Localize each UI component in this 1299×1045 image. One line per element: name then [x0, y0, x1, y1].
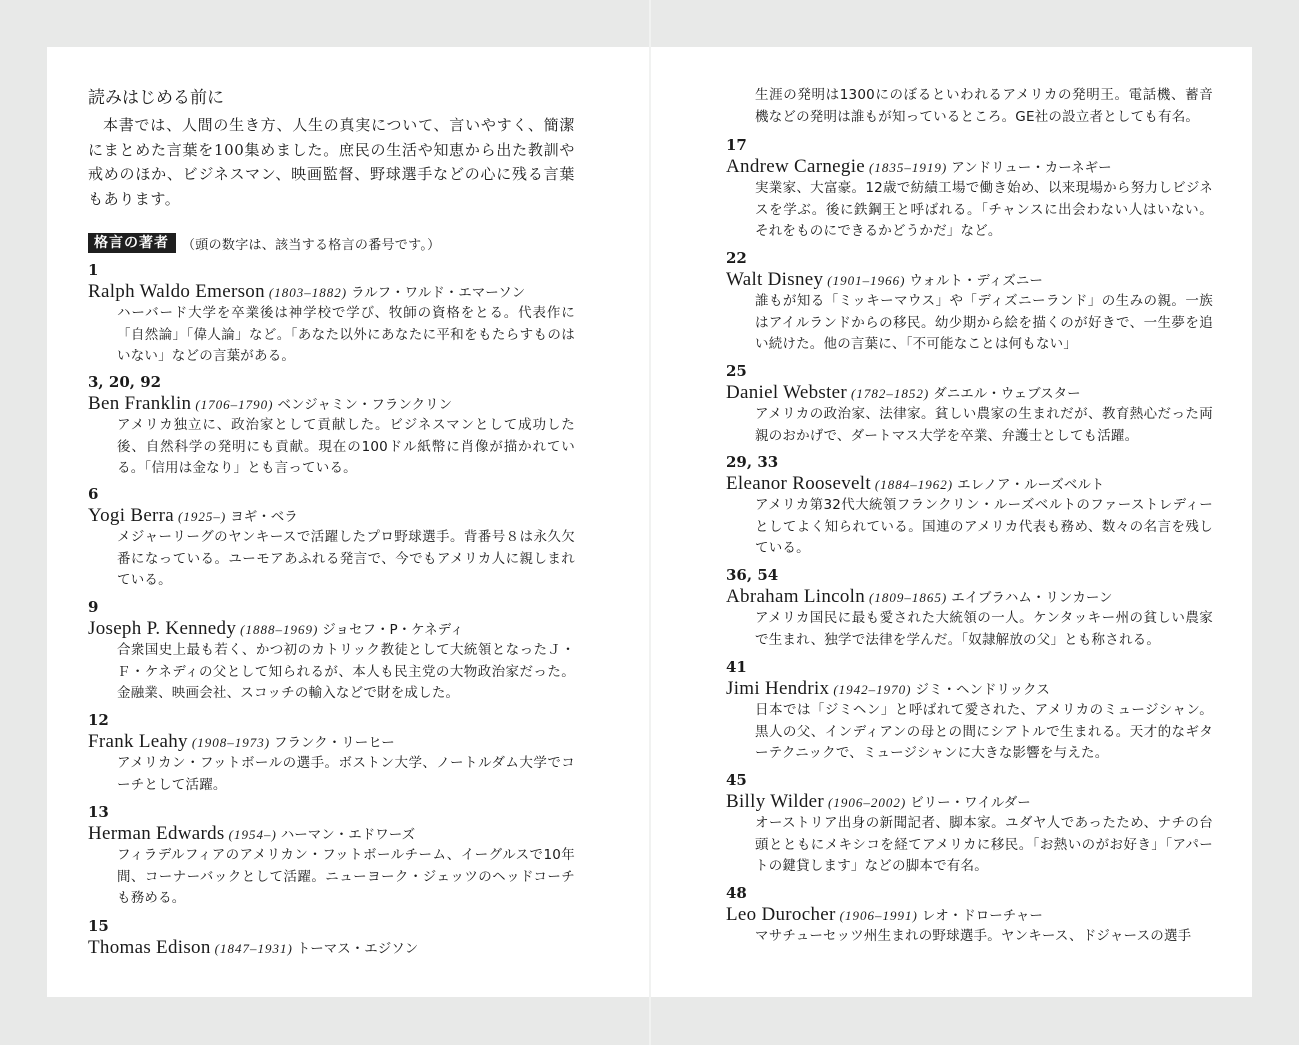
author-name-line: Herman Edwards(1954–)ハーマン・エドワーズ [88, 822, 575, 845]
quote-numbers: 36, 54 [726, 565, 1213, 585]
author-name-jp: ラルフ・ワルド・エマーソン [351, 285, 525, 301]
author-name-line: Ralph Waldo Emerson(1803–1882)ラルフ・ワルド・エマ… [88, 280, 575, 303]
quote-numbers: 29, 33 [726, 452, 1213, 472]
author-entry: 45 Billy Wilder(1906–2002)ビリー・ワイルダー オースト… [726, 770, 1213, 878]
author-entry: 9 Joseph P. Kennedy(1888–1969)ジョセフ・P・ケネデ… [88, 597, 575, 705]
author-entry: 17 Andrew Carnegie(1835–1919)アンドリュー・カーネギ… [726, 135, 1213, 243]
author-name-en: Andrew Carnegie [726, 156, 865, 177]
author-name-line: Jimi Hendrix(1942–1970)ジミ・ヘンドリックス [726, 677, 1213, 700]
author-years: (1906–1991) [840, 908, 918, 923]
author-name-jp: ジミ・ヘンドリックス [916, 682, 1050, 698]
author-name-en: Daniel Webster [726, 382, 847, 403]
author-entry: 6 Yogi Berra(1925–)ヨギ・ベラ メジャーリーグのヤンキースで活… [88, 484, 575, 592]
quote-numbers: 25 [726, 361, 1213, 381]
author-name-jp: エレノア・ルーズベルト [957, 477, 1104, 493]
quote-numbers: 48 [726, 883, 1213, 903]
quote-numbers: 3, 20, 92 [88, 372, 575, 392]
author-name-line: Eleanor Roosevelt(1884–1962)エレノア・ルーズベルト [726, 472, 1213, 495]
author-name-line: Andrew Carnegie(1835–1919)アンドリュー・カーネギー [726, 155, 1213, 178]
author-name-en: Walt Disney [726, 269, 823, 290]
author-name-jp: ベンジャミン・フランクリン [278, 397, 453, 413]
author-years: (1706–1790) [195, 397, 273, 412]
author-name-en: Leo Durocher [726, 904, 836, 925]
author-name-line: Thomas Edison(1847–1931)トーマス・エジソン [88, 936, 575, 959]
quote-numbers: 12 [88, 710, 575, 730]
author-name-jp: トーマス・エジソン [297, 941, 419, 957]
quote-numbers: 1 [88, 260, 575, 280]
quote-numbers: 6 [88, 484, 575, 504]
author-description: マサチューセッツ州生まれの野球選手。ヤンキース、ドジャースの選手 [726, 926, 1213, 948]
author-years: (1835–1919) [869, 160, 947, 175]
quote-numbers: 9 [88, 597, 575, 617]
author-years: (1906–2002) [828, 795, 906, 810]
author-description: アメリカの政治家、法律家。貧しい農家の生まれだが、教育熱心だった両親のおかげで、… [726, 404, 1213, 447]
quote-numbers: 13 [88, 802, 575, 822]
author-entry: 12 Frank Leahy(1908–1973)フランク・リーヒー アメリカン… [88, 710, 575, 796]
author-name-jp: ハーマン・エドワーズ [281, 827, 415, 843]
quote-numbers: 22 [726, 248, 1213, 268]
author-name-en: Eleanor Roosevelt [726, 473, 871, 494]
author-years: (1908–1973) [192, 735, 270, 750]
quote-numbers: 45 [726, 770, 1213, 790]
author-entry: 36, 54 Abraham Lincoln(1809–1865)エイブラハム・… [726, 565, 1213, 651]
author-years: (1809–1865) [869, 590, 947, 605]
quote-numbers: 15 [88, 916, 575, 936]
author-years: (1925–) [178, 509, 226, 524]
author-name-en: Ben Franklin [88, 393, 191, 414]
author-name-line: Joseph P. Kennedy(1888–1969)ジョセフ・P・ケネディ [88, 617, 575, 640]
author-description: フィラデルフィアのアメリカン・フットボールチーム、イーグルスで10年間、コーナー… [88, 845, 575, 910]
author-name-en: Abraham Lincoln [726, 586, 865, 607]
author-name-en: Billy Wilder [726, 791, 824, 812]
author-years: (1901–1966) [827, 273, 905, 288]
author-name-jp: ビリー・ワイルダー [910, 795, 1031, 811]
author-name-line: Billy Wilder(1906–2002)ビリー・ワイルダー [726, 790, 1213, 813]
author-years: (1954–) [229, 827, 277, 842]
author-entry: 25 Daniel Webster(1782–1852)ダニエル・ウェブスター … [726, 361, 1213, 447]
author-name-line: Daniel Webster(1782–1852)ダニエル・ウェブスター [726, 381, 1213, 404]
author-name-line: Leo Durocher(1906–1991)レオ・ドローチャー [726, 903, 1213, 926]
author-description: 誰もが知る「ミッキーマウス」や「ディズニーランド」の生みの親。一族はアイルランド… [726, 291, 1213, 356]
intro-title: 読みはじめる前に [88, 87, 224, 109]
author-description: メジャーリーグのヤンキースで活躍したプロ野球選手。背番号８は永久欠番になっている… [88, 527, 575, 592]
author-years: (1888–1969) [240, 622, 318, 637]
author-description: アメリカ第32代大統領フランクリン・ルーズベルトのファーストレディーとしてよく知… [726, 495, 1213, 560]
author-name-en: Yogi Berra [88, 505, 174, 526]
author-name-en: Jimi Hendrix [726, 678, 829, 699]
author-name-jp: レオ・ドローチャー [922, 908, 1043, 924]
author-description: 実業家、大富豪。12歳で紡績工場で働き始め、以来現場から努力しビジネスを学ぶ。後… [726, 178, 1213, 243]
author-entry: 1 Ralph Waldo Emerson(1803–1882)ラルフ・ワルド・… [88, 260, 575, 368]
author-entry: 48 Leo Durocher(1906–1991)レオ・ドローチャー マサチュ… [726, 883, 1213, 948]
section-note: （頭の数字は、該当する格言の番号です。） [182, 234, 440, 253]
section-label: 格言の著者 [88, 233, 176, 253]
author-entry: 22 Walt Disney(1901–1966)ウォルト・ディズニー 誰もが知… [726, 248, 1213, 356]
author-years: (1942–1970) [833, 682, 911, 697]
section-header: 格言の著者 （頭の数字は、該当する格言の番号です。） [88, 233, 440, 253]
author-name-jp: エイブラハム・リンカーン [951, 590, 1112, 606]
author-entry: 3, 20, 92 Ben Franklin(1706–1790)ベンジャミン・… [88, 372, 575, 480]
author-name-jp: ウォルト・ディズニー [909, 273, 1042, 289]
author-name-jp: フランク・リーヒー [274, 735, 395, 751]
author-name-line: Ben Franklin(1706–1790)ベンジャミン・フランクリン [88, 392, 575, 415]
author-description: オーストリア出身の新聞記者、脚本家。ユダヤ人であったため、ナチの台頭とともにメキ… [726, 813, 1213, 878]
quote-numbers: 17 [726, 135, 1213, 155]
author-years: (1884–1962) [875, 477, 953, 492]
continued-description: 生涯の発明は1300にのぼるといわれるアメリカの発明王。電話機、蓄音機などの発明… [755, 85, 1213, 128]
author-name-en: Joseph P. Kennedy [88, 618, 236, 639]
author-name-line: Yogi Berra(1925–)ヨギ・ベラ [88, 504, 575, 527]
author-name-line: Abraham Lincoln(1809–1865)エイブラハム・リンカーン [726, 585, 1213, 608]
intro-body: 本書では、人間の生き方、人生の真実について、言いやすく、簡潔にまとめた言葉を10… [88, 113, 575, 212]
page-fold [649, 0, 651, 1045]
author-name-jp: アンドリュー・カーネギー [951, 160, 1111, 176]
author-name-en: Thomas Edison [88, 937, 211, 958]
author-name-line: Walt Disney(1901–1966)ウォルト・ディズニー [726, 268, 1213, 291]
author-name-jp: ダニエル・ウェブスター [933, 386, 1080, 402]
author-name-en: Herman Edwards [88, 823, 225, 844]
author-description: 合衆国史上最も若く、かつ初のカトリック教徒として大統領となったＪ・Ｆ・ケネディの… [88, 640, 575, 705]
author-name-jp: ジョセフ・P・ケネディ [322, 622, 463, 638]
author-years: (1847–1931) [215, 941, 293, 956]
author-name-en: Ralph Waldo Emerson [88, 281, 265, 302]
author-description: ハーバード大学を卒業後は神学校で学び、牧師の資格をとる。代表作に「自然論」「偉人… [88, 303, 575, 368]
author-description: アメリカ独立に、政治家として貢献した。ビジネスマンとして成功した後、自然科学の発… [88, 415, 575, 480]
quote-numbers: 41 [726, 657, 1213, 677]
author-entry: 13 Herman Edwards(1954–)ハーマン・エドワーズ フィラデル… [88, 802, 575, 910]
author-description: 日本では「ジミヘン」と呼ばれて愛された、アメリカのミュージシャン。黒人の父、イン… [726, 700, 1213, 765]
author-name-jp: ヨギ・ベラ [230, 509, 298, 525]
author-entry: 29, 33 Eleanor Roosevelt(1884–1962)エレノア・… [726, 452, 1213, 560]
author-description: アメリカン・フットボールの選手。ボストン大学、ノートルダム大学でコーチとして活躍… [88, 753, 575, 796]
author-name-line: Frank Leahy(1908–1973)フランク・リーヒー [88, 730, 575, 753]
author-name-en: Frank Leahy [88, 731, 188, 752]
author-years: (1782–1852) [851, 386, 929, 401]
author-description: アメリカ国民に最も愛された大統領の一人。ケンタッキー州の貧しい農家で生まれ、独学… [726, 608, 1213, 651]
author-entry: 15 Thomas Edison(1847–1931)トーマス・エジソン [88, 916, 575, 959]
author-entry: 41 Jimi Hendrix(1942–1970)ジミ・ヘンドリックス 日本で… [726, 657, 1213, 765]
author-years: (1803–1882) [269, 285, 347, 300]
